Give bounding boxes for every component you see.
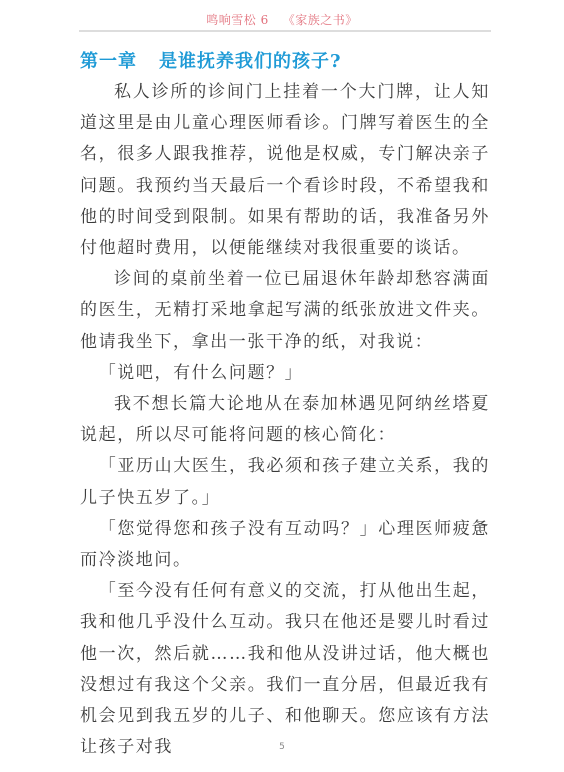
header-book-title: 《家族之书》 [283,13,358,27]
paragraph: 诊间的桌前坐着一位已届退休年龄却愁容满面的医生，无精打采地拿起写满的纸张放进文件… [80,264,490,358]
header-divider [79,30,491,32]
paragraph: 我不想长篇大论地从在泰加林遇见阿纳丝塔夏说起，所以尽可能将问题的核心简化： [80,389,490,451]
chapter-number: 第一章 [80,51,137,72]
dialogue-paragraph: 「至今没有任何有意义的交流，打从他出生起，我和他几乎没什么互动。我只在他还是婴儿… [80,576,490,763]
chapter-title: 是谁抚养我们的孩子? [159,51,342,72]
chapter-heading: 第一章是谁抚养我们的孩子? [80,47,342,73]
dialogue-paragraph: 「亚历山大医生，我必须和孩子建立关系，我的儿子快五岁了。」 [80,451,490,513]
chapter-body: 私人诊所的诊间门上挂着一个大门牌，让人知道这里是由儿童心理医师看诊。门牌写着医生… [80,77,490,763]
paragraph: 私人诊所的诊间门上挂着一个大门牌，让人知道这里是由儿童心理医师看诊。门牌写着医生… [80,77,490,264]
running-header: 鸣响雪松 6《家族之书》 [0,11,564,28]
header-author: 鸣响雪松 6 [206,13,268,27]
page-number: 5 [0,742,564,752]
dialogue-paragraph: 「您觉得您和孩子没有互动吗？」心理医师疲惫而冷淡地问。 [80,514,490,576]
dialogue-paragraph: 「说吧，有什么问题？」 [80,358,490,389]
